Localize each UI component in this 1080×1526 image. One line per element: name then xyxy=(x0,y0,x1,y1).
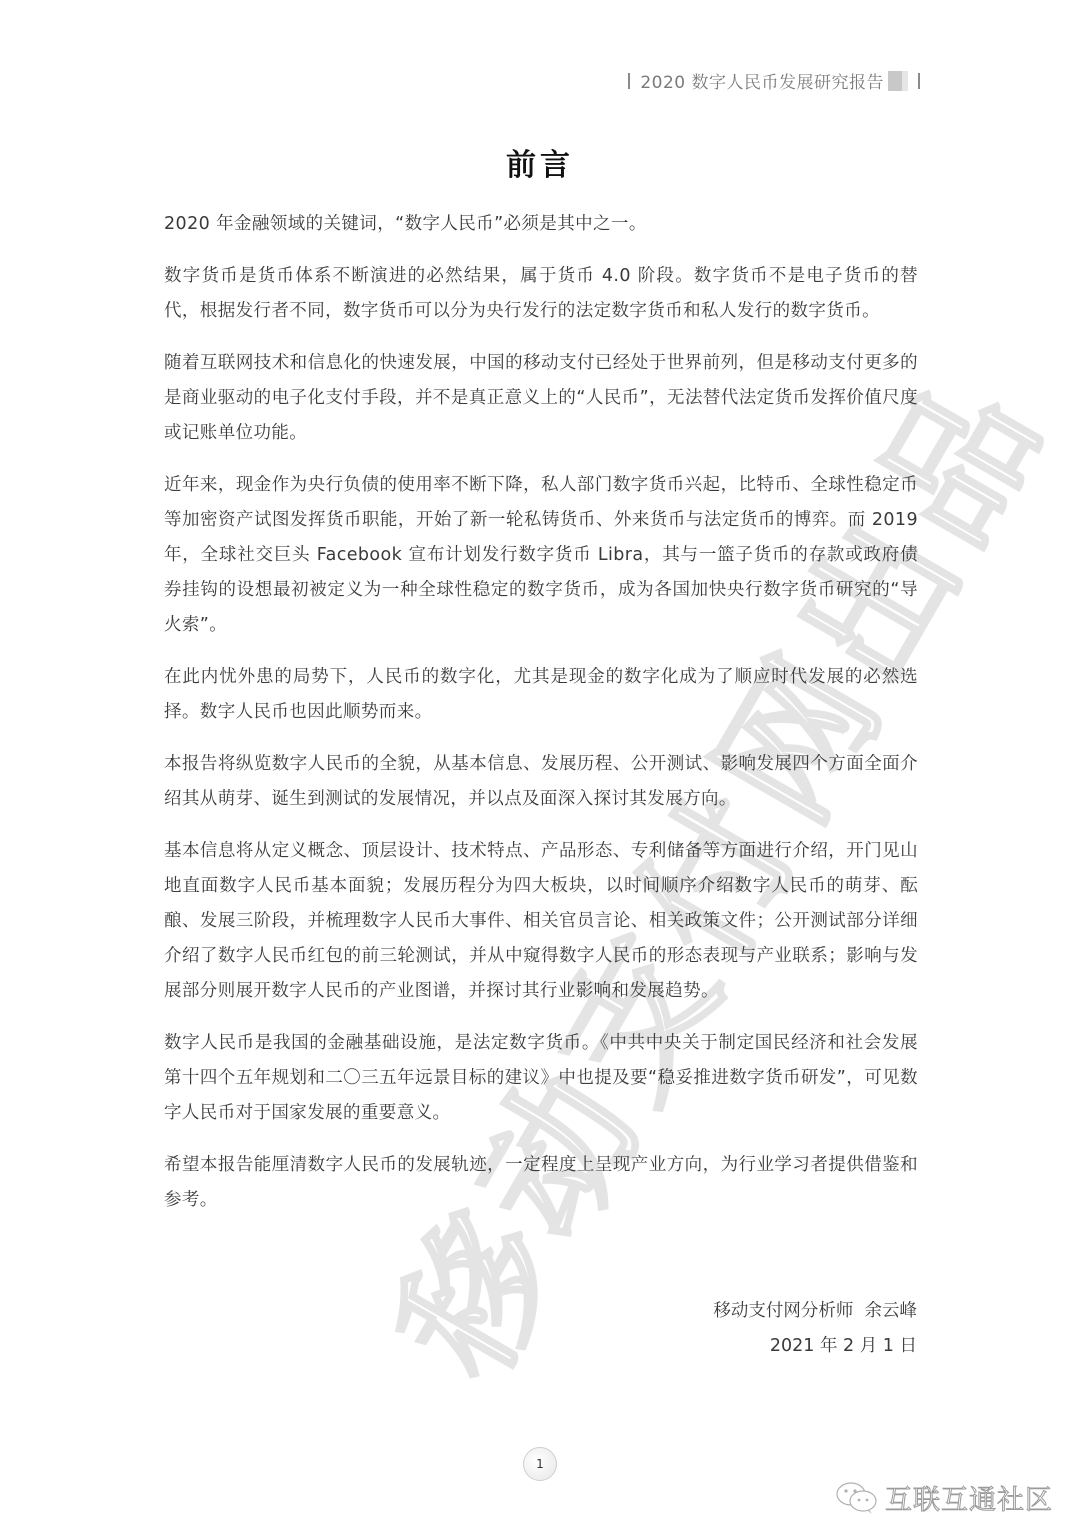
paragraph: 基本信息将从定义概念、顶层设计、技术特点、产品形态、专利储备等方面进行介绍，开门… xyxy=(164,834,918,1009)
report-title: 2020 数字人民币发展研究报告 xyxy=(640,68,884,93)
preface-body: 2020 年金融领域的关键词，“数字人民币”必须是其中之一。 数字货币是货币体系… xyxy=(164,207,918,1235)
header-decoration-light xyxy=(902,71,908,91)
running-header: 2020 数字人民币发展研究报告 xyxy=(628,68,920,93)
paragraph: 2020 年金融领域的关键词，“数字人民币”必须是其中之一。 xyxy=(164,207,918,242)
paragraph: 数字货币是货币体系不断演进的必然结果，属于货币 4.0 阶段。数字货币不是电子货… xyxy=(164,259,918,329)
wechat-source-watermark: 互联互通社区 xyxy=(835,1478,1053,1517)
paragraph: 本报告将纵览数字人民币的全貌，从基本信息、发展历程、公开测试、影响发展四个方面全… xyxy=(164,747,918,817)
wechat-source-name: 互联互通社区 xyxy=(885,1478,1053,1517)
paragraph: 在此内忧外患的局势下，人民币的数字化，尤其是现金的数字化成为了顺应时代发展的必然… xyxy=(164,660,918,730)
paragraph: 数字人民币是我国的金融基础设施，是法定数字货币。《中共中央关于制定国民经济和社会… xyxy=(164,1026,918,1131)
page-title: 前言 xyxy=(0,140,1080,184)
header-divider-right xyxy=(918,73,920,89)
page-number-badge: 1 xyxy=(523,1447,557,1481)
header-divider xyxy=(628,73,630,89)
page-number: 1 xyxy=(536,1457,544,1471)
date-line: 2021 年 2 月 1 日 xyxy=(713,1329,917,1364)
paragraph: 随着互联网技术和信息化的快速发展，中国的移动支付已经处于世界前列，但是移动支付更… xyxy=(164,346,918,451)
paragraph: 希望本报告能厘清数字人民币的发展轨迹，一定程度上呈现产业方向，为行业学习者提供借… xyxy=(164,1148,918,1218)
signature-block: 移动支付网分析师 余云峰 2021 年 2 月 1 日 xyxy=(713,1294,917,1364)
wechat-icon xyxy=(835,1481,879,1515)
header-decoration xyxy=(888,71,902,91)
author-line: 移动支付网分析师 余云峰 xyxy=(713,1294,917,1329)
paragraph: 近年来，现金作为央行负债的使用率不断下降，私人部门数字货币兴起，比特币、全球性稳… xyxy=(164,468,918,643)
